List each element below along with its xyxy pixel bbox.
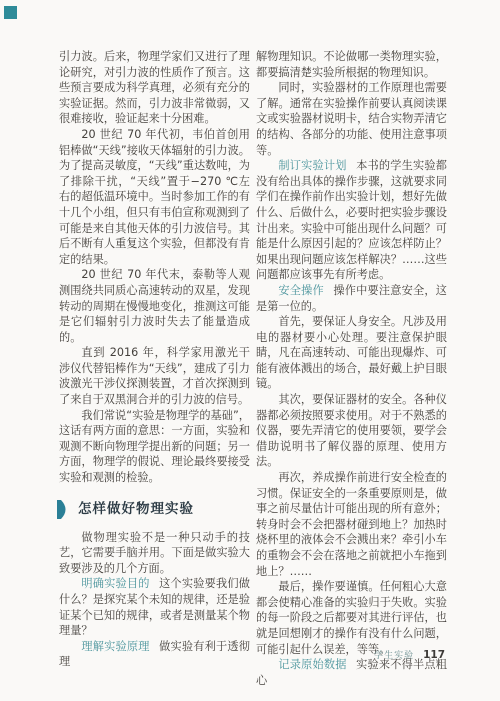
paragraph: 我们常说“实验是物理学的基础”，这话有两方面的意思：一方面，实验和观测不断向物理… xyxy=(59,408,250,486)
experiment-step-label: 记录原始数据 xyxy=(278,658,346,671)
textbook-page: 引力波。后来，物理学家们又进行了理论研究，对引力波的性质作了预言。这些预言要成为… xyxy=(0,0,500,701)
paragraph: 安全操作操作中要注意安全，这是第一位的。 xyxy=(256,283,447,314)
paragraph: 20 世纪 70 年代末，泰勒等人观测围绕共同质心高速转动的双星，发现转动的周期… xyxy=(59,267,250,345)
paragraph-text: 其次，要保证器材的安全。各种仪器都必须按照要求使用。对于不熟悉的仪器，要先弄清它… xyxy=(256,393,447,468)
footer-page-number: 117 xyxy=(423,649,445,661)
paragraph: 解物理知识。不论做哪一类物理实验，都要搞清楚实验所根据的物理知识。 xyxy=(256,49,447,80)
paragraph-text: 解物理知识。不论做哪一类物理实验，都要搞清楚实验所根据的物理知识。 xyxy=(256,50,447,79)
paragraph-text: 20 世纪 70 年代初，韦伯首创用铝棒做“天线”接收天体辐射的引力波。为了提高… xyxy=(59,128,250,266)
right-column: 解物理知识。不论做哪一类物理实验，都要搞清楚实验所根据的物理知识。同时，实验器材… xyxy=(256,49,447,688)
section-marker-icon xyxy=(57,500,70,519)
paragraph-text: 引力波。后来，物理学家们又进行了理论研究，对引力波的性质作了预言。这些预言要成为… xyxy=(59,50,250,125)
paragraph: 20 世纪 70 年代初，韦伯首创用铝棒做“天线”接收天体辐射的引力波。为了提高… xyxy=(59,127,250,267)
experiment-step-label: 制订实验计划 xyxy=(278,159,346,172)
section-heading: 怎样做好物理实验 xyxy=(57,500,250,519)
paragraph: 制订实验计划本书的学生实验都没有给出具体的操作步骤，这就要求同学们在操作前作出实… xyxy=(256,158,447,283)
paragraph-text: 首先，要保证人身安全。凡涉及用电的器材要小心处理。要注意保护眼睛，凡在高速转动、… xyxy=(256,315,447,390)
footer-section-label: 学生实验 xyxy=(374,648,414,661)
experiment-step-label: 安全操作 xyxy=(278,284,324,297)
paragraph: 明确实验目的这个实验要我们做什么？是探究某个未知的规律，还是验证某个已知的规律，… xyxy=(59,576,250,638)
paragraph-text: 20 世纪 70 年代末，泰勒等人观测围绕共同质心高速转动的双星，发现转动的周期… xyxy=(59,268,250,343)
paragraph: 理解实验原理做实验有利于透彻理 xyxy=(59,639,250,670)
paragraph: 首先，要保证人身安全。凡涉及用电的器材要小心处理。要注意保护眼睛，凡在高速转动、… xyxy=(256,314,447,392)
paragraph: 引力波。后来，物理学家们又进行了理论研究，对引力波的性质作了预言。这些预言要成为… xyxy=(59,49,250,127)
chapter-corner-marker xyxy=(4,6,17,19)
paragraph: 其次，要保证器材的安全。各种仪器都必须按照要求使用。对于不熟悉的仪器，要先弄清它… xyxy=(256,392,447,470)
paragraph-text: 我们常说“实验是物理学的基础”，这话有两方面的意思：一方面，实验和观测不断向物理… xyxy=(59,409,250,484)
paragraph-text: 再次，养成操作前进行安全检查的习惯。保证安全的一条重要原则是，做事之前尽量估计可… xyxy=(256,471,447,578)
experiment-step-label: 理解实验原理 xyxy=(81,640,149,653)
paragraph: 最后，操作要谨慎。任何粗心大意都会使精心准备的实验归于失败。实验的每一阶段之后都… xyxy=(256,579,447,657)
paragraph-text: 最后，操作要谨慎。任何粗心大意都会使精心准备的实验归于失败。实验的每一阶段之后都… xyxy=(256,580,447,655)
paragraph-text: 同时，实验器材的工作原理也需要了解。通常在实验操作前要认真阅读课文或实验器材说明… xyxy=(256,81,447,156)
section-heading-text: 怎样做好物理实验 xyxy=(78,500,194,519)
paragraph-text: 做物理实验不是一种只动手的技艺，它需要手脑并用。下面是做实验大致要涉及的几个方面… xyxy=(59,531,250,575)
page-footer: 学生实验 117 xyxy=(374,648,445,661)
paragraph-text: 本书的学生实验都没有给出具体的操作步骤，这就要求同学们在操作前作出实验计划，想好… xyxy=(256,159,447,281)
paragraph: 做物理实验不是一种只动手的技艺，它需要手脑并用。下面是做实验大致要涉及的几个方面… xyxy=(59,530,250,577)
paragraph: 再次，养成操作前进行安全检查的习惯。保证安全的一条重要原则是，做事之前尽量估计可… xyxy=(256,470,447,579)
paragraph: 记录原始数据实验来不得半点粗心 xyxy=(256,657,447,688)
experiment-step-label: 明确实验目的 xyxy=(81,577,149,590)
paragraph: 同时，实验器材的工作原理也需要了解。通常在实验操作前要认真阅读课文或实验器材说明… xyxy=(256,80,447,158)
left-column: 引力波。后来，物理学家们又进行了理论研究，对引力波的性质作了预言。这些预言要成为… xyxy=(59,49,250,670)
paragraph: 直到 2016 年，科学家用激光干涉仪代替铝棒作为“天线”，建成了引力波激光干涉… xyxy=(59,345,250,407)
paragraph-text: 直到 2016 年，科学家用激光干涉仪代替铝棒作为“天线”，建成了引力波激光干涉… xyxy=(59,346,250,406)
